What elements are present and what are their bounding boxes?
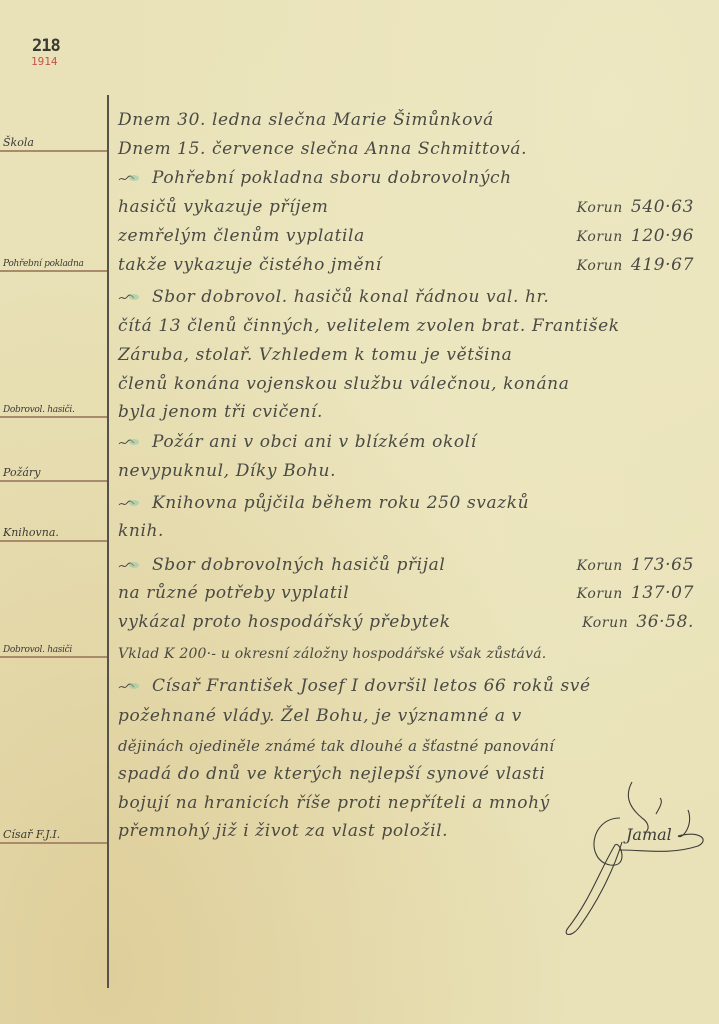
entry-text: hasičů vykazuje příjem xyxy=(118,197,329,217)
entry-line: Císař František Josef I dovršil letos 66… xyxy=(118,670,708,698)
entry-line: Požár ani v obci ani v blízkém okolí xyxy=(118,426,708,454)
section-marker-icon xyxy=(118,682,146,692)
signature-text: Jamal xyxy=(623,825,672,844)
entry-line: zemřelým členům vyplatila Korun120·96 xyxy=(118,220,708,248)
entry-text: Pohřební pokladna sboru dobrovolných xyxy=(152,168,512,188)
entry-text: Knihovna půjčila během roku 250 svazků xyxy=(152,493,529,513)
margin-label-text: Dobrovol. hasiči xyxy=(3,645,72,655)
page-number: 218 xyxy=(32,36,60,56)
entry-text: Záruba, stolař. Vzhledem k tomu je větši… xyxy=(118,345,512,365)
entry-text: na různé potřeby vyplatil xyxy=(118,583,349,603)
margin-label-dobrovol-hasici-2: Dobrovol. hasiči xyxy=(0,636,107,658)
section-marker-icon xyxy=(118,438,146,448)
margin-label-pohrebni-pokladna: Pohřební pokladna xyxy=(0,250,107,272)
margin-label-text: Požáry xyxy=(3,466,40,479)
margin-divider xyxy=(107,95,109,988)
entry-line: požehnané vlády. Žel Bohu, je významné a… xyxy=(118,700,708,728)
entry-text: čítá 13 členů činných, velitelem zvolen … xyxy=(118,316,620,336)
margin-label-skola: Škola xyxy=(0,130,107,152)
entry-line: Vklad K 200·- u okresní záložny hospodář… xyxy=(118,636,708,664)
entry-line: knih. xyxy=(118,515,708,543)
margin-label-knihovna: Knihovna. xyxy=(0,520,107,542)
margin-label-text: Knihovna. xyxy=(3,526,59,539)
entry-text: knih. xyxy=(118,521,164,541)
entry-line: Pohřební pokladna sboru dobrovolných xyxy=(118,162,708,190)
entry-line: čítá 13 členů činných, velitelem zvolen … xyxy=(118,310,708,338)
amount: Korun137·07 xyxy=(577,583,694,603)
section-marker-icon xyxy=(118,561,146,571)
entry-text: nevypuknul, Díky Bohu. xyxy=(118,461,336,481)
section-marker-icon xyxy=(118,499,146,509)
entry-line: členů konána vojenskou službu válečnou, … xyxy=(118,368,708,396)
amount: Korun173·65 xyxy=(577,555,694,575)
entry-line: Dnem 30. ledna slečna Marie Šimůnková xyxy=(118,104,708,132)
amount: Korun36·58. xyxy=(582,612,694,632)
amount: Korun419·67 xyxy=(577,255,694,275)
margin-label-text: Císař F.J.I. xyxy=(3,828,60,841)
entry-line: Sbor dobrovol. hasičů konal řádnou val. … xyxy=(118,281,708,309)
entry-line: Záruba, stolař. Vzhledem k tomu je větši… xyxy=(118,339,708,367)
entry-text: takže vykazuje čistého jmění xyxy=(118,255,382,275)
entry-line: hasičů vykazuje příjem Korun540·63 xyxy=(118,191,708,219)
entry-text: Sbor dobrovol. hasičů konal řádnou val. … xyxy=(152,287,549,307)
amount: Korun540·63 xyxy=(577,197,694,217)
page-year: 1914 xyxy=(31,55,58,68)
entry-text: vykázal proto hospodářský přebytek xyxy=(118,612,451,632)
margin-label-text: Pohřební pokladna xyxy=(3,259,84,269)
entry-line: Knihovna půjčila během roku 250 svazků xyxy=(118,487,708,515)
entry-line: nevypuknul, Díky Bohu. xyxy=(118,455,708,483)
entry-text: Císař František Josef I dovršil letos 66… xyxy=(152,676,591,696)
entry-text: zemřelým členům vyplatila xyxy=(118,226,365,246)
entry-line: vykázal proto hospodářský přebytek Korun… xyxy=(118,606,708,634)
entry-text: bojují na hranicích říše proti nepříteli… xyxy=(118,793,550,813)
entry-text: Požár ani v obci ani v blízkém okolí xyxy=(152,432,477,452)
entry-line: dějinách ojediněle známé tak dlouhé a šť… xyxy=(118,729,708,757)
entry-line: na různé potřeby vyplatil Korun137·07 xyxy=(118,577,708,605)
amount: Korun120·96 xyxy=(577,226,694,246)
entry-text: požehnané vlády. Žel Bohu, je významné a… xyxy=(118,706,522,726)
margin-label-dobrovol-hasici-1: Dobrovol. hasiči. xyxy=(0,396,107,418)
entry-line: Dnem 15. července slečna Anna Schmittová… xyxy=(118,133,708,161)
margin-label-text: Dobrovol. hasiči. xyxy=(3,405,75,415)
entry-line: takže vykazuje čistého jmění Korun419·67 xyxy=(118,249,708,277)
entry-text: Dnem 15. července slečna Anna Schmittová… xyxy=(118,139,527,159)
entry-text: byla jenom tři cvičení. xyxy=(118,402,323,422)
entry-text: Vklad K 200·- u okresní záložny hospodář… xyxy=(118,646,546,662)
entry-text: členů konána vojenskou službu válečnou, … xyxy=(118,374,569,394)
margin-label-cisar: Císař F.J.I. xyxy=(0,822,107,844)
entry-text: Dnem 30. ledna slečna Marie Šimůnková xyxy=(118,110,494,130)
margin-label-pozary: Požáry xyxy=(0,460,107,482)
entry-text: spadá do dnů ve kterých nejlepší synové … xyxy=(118,764,545,784)
margin-label-text: Škola xyxy=(3,136,34,149)
section-marker-icon xyxy=(118,174,146,184)
section-marker-icon xyxy=(118,293,146,303)
entry-text: dějinách ojediněle známé tak dlouhé a šť… xyxy=(118,737,554,755)
signature: Jamal xyxy=(560,770,710,944)
entry-text: přemnohý již i život za vlast položil. xyxy=(118,821,448,841)
entry-line: byla jenom tři cvičení. xyxy=(118,396,708,424)
entry-text: Sbor dobrovolných hasičů přijal xyxy=(152,555,445,575)
entry-line: Sbor dobrovolných hasičů přijal Korun173… xyxy=(118,549,708,577)
